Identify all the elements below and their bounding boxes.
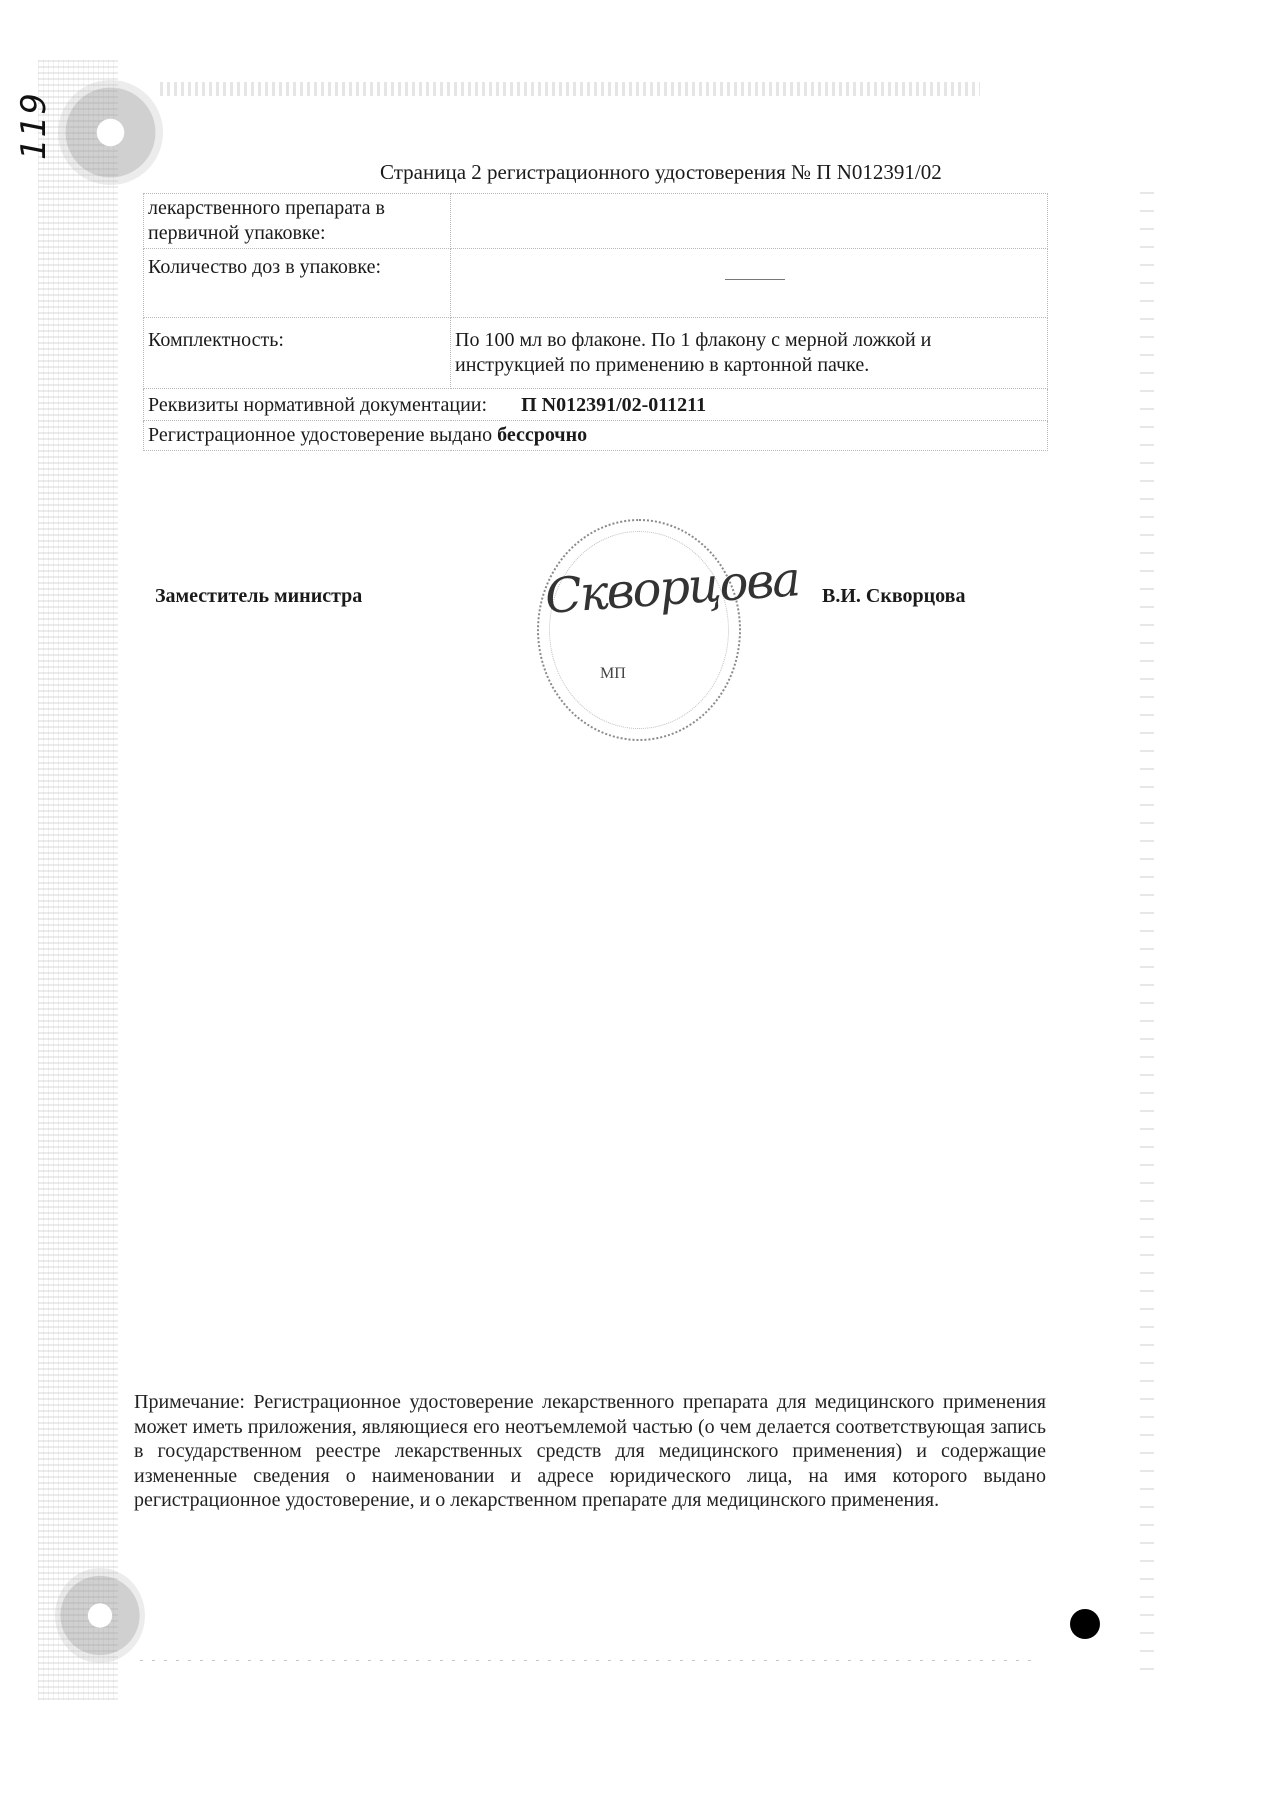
validity-label: Регистрационное удостоверение выдано <box>148 424 492 446</box>
signatory-position: Заместитель министра <box>155 585 362 608</box>
validity-value: бессрочно <box>497 424 587 446</box>
registration-table: лекарственного препарата в первичной упа… <box>143 193 1048 451</box>
black-dot-mark <box>1070 1609 1100 1639</box>
row-label: Комплектность: <box>144 318 451 389</box>
validity-cell: Регистрационное удостоверение выдано бес… <box>144 421 1048 451</box>
table-row: лекарственного препарата в первичной упа… <box>144 194 1048 249</box>
decorative-bottom-line <box>140 1660 1040 1661</box>
handwritten-page-number: 119 <box>14 92 54 160</box>
table-row: Регистрационное удостоверение выдано бес… <box>144 421 1048 451</box>
row-label: Количество доз в упаковке: <box>144 249 451 318</box>
table-row: Количество доз в упаковке: <box>144 249 1048 318</box>
page-header: Страница 2 регистрационного удостоверени… <box>380 160 942 185</box>
row-value: По 100 мл во флаконе. По 1 флакону с мер… <box>451 318 1048 389</box>
official-stamp <box>537 519 741 741</box>
decorative-top-strip <box>160 82 980 96</box>
decorative-right-border <box>1140 190 1154 1670</box>
normative-docs-value: П N012391/02-011211 <box>521 394 706 416</box>
footnote: Примечание: Регистрационное удостоверени… <box>134 1390 1046 1513</box>
rosette-ornament-top <box>58 80 163 185</box>
decorative-security-border <box>38 60 118 1700</box>
table-row: Комплектность: По 100 мл во флаконе. По … <box>144 318 1048 389</box>
row-value <box>451 249 1048 318</box>
row-value <box>451 194 1048 249</box>
normative-docs-cell: Реквизиты нормативной документации: П N0… <box>144 389 1048 421</box>
normative-docs-label: Реквизиты нормативной документации: <box>148 394 487 416</box>
rosette-ornament-bottom <box>55 1568 145 1663</box>
row-label: лекарственного препарата в первичной упа… <box>144 194 451 249</box>
signatory-name: В.И. Скворцова <box>822 585 965 608</box>
empty-value-dash <box>725 279 785 280</box>
stamp-label: МП <box>600 665 626 683</box>
table-row: Реквизиты нормативной документации: П N0… <box>144 389 1048 421</box>
